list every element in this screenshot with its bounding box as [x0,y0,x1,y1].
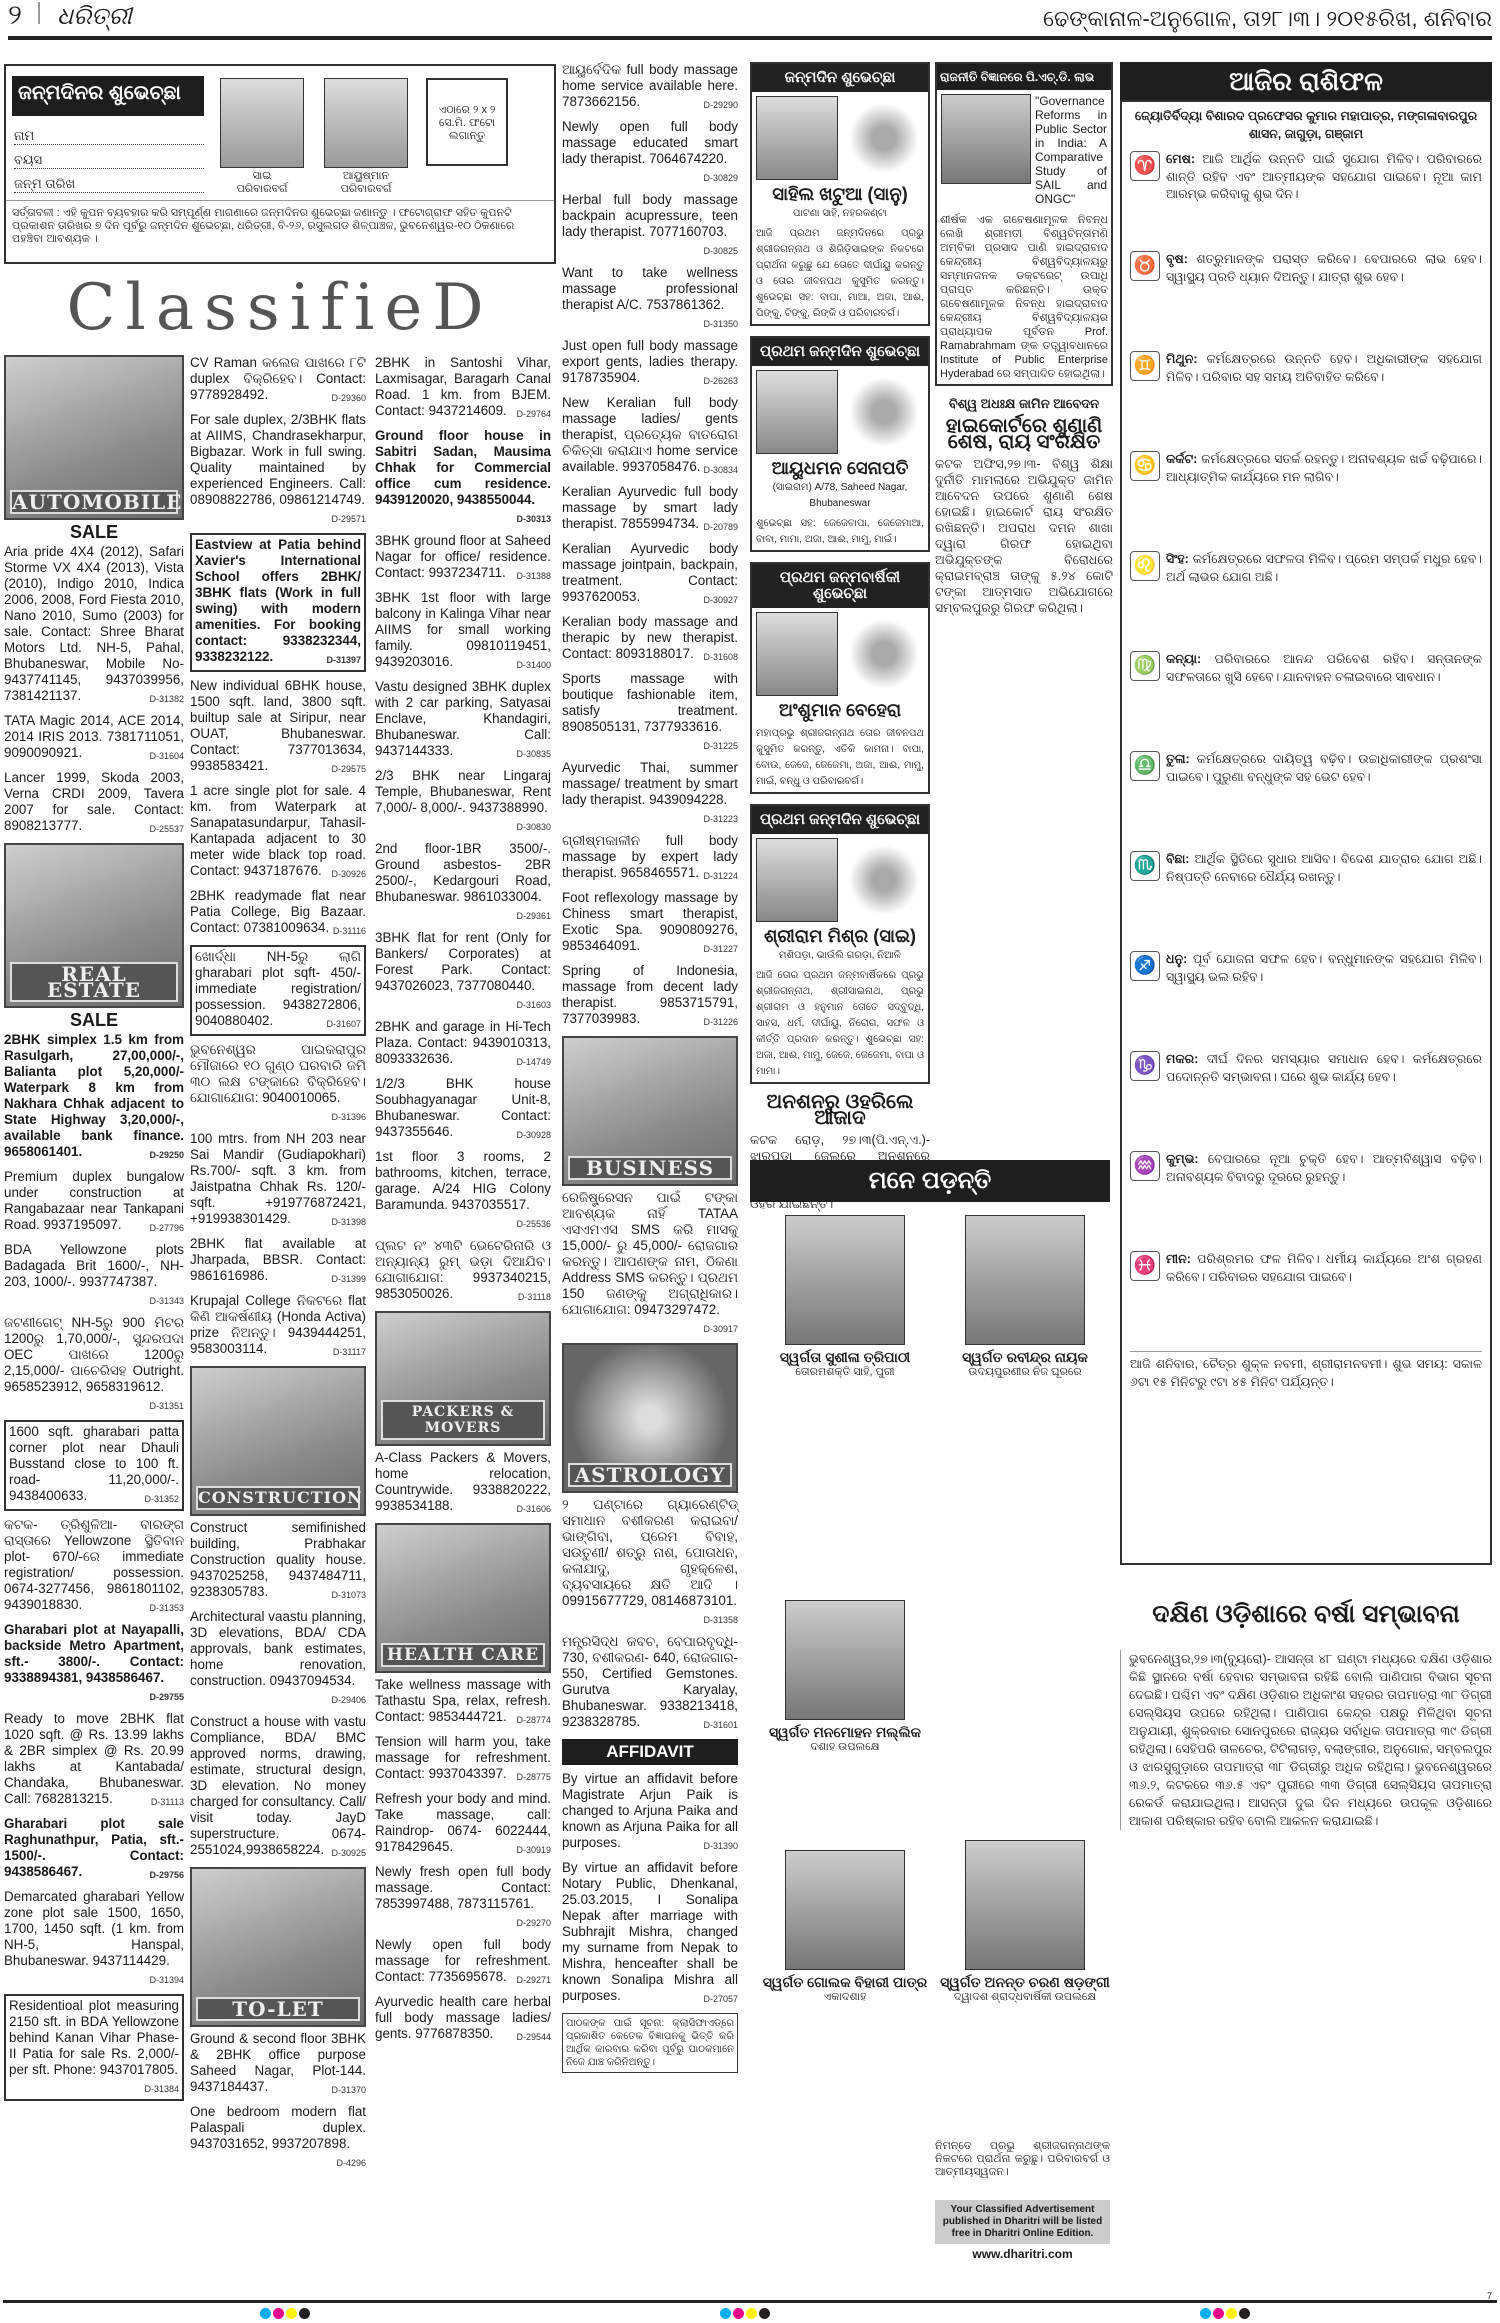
ad-code: D-30835 [516,746,551,762]
classified-ad: Keralian Ayurvedic body massage jointpai… [562,541,738,608]
ad-text: By virtue an affidavit before Notary Pub… [562,1860,738,2003]
phd-announcement: ରାଜନୀତି ବିଜ୍ଞାନରେ ପି.ଏଚ୍.ଡି. ଲାଭ "Govern… [935,62,1113,386]
zodiac-name: ସିଂହ: [1166,552,1189,566]
classified-ad: Just open full body massage export gents… [562,338,738,389]
ad-text: 2BHK simplex 1.5 km from Rasulgarh, 27,0… [4,1032,184,1159]
ad-code: D-29290 [703,97,738,113]
ad-code: D-31343 [149,1293,184,1309]
ad-code: D-29756 [149,1867,184,1883]
child-address: ପାଟଣା ସାହି, ନହରକଣ୍ଟା [752,204,928,224]
classified-ad: Lancer 1999, Skoda 2003, Verna CRDI 2009… [4,770,184,837]
classified-ad: Architectural vaastu planning, 3D elevat… [190,1609,366,1708]
divider [38,2,40,24]
ad-text: Architectural vaastu planning, 3D elevat… [190,1609,366,1688]
ad-text: ରେଜିଷ୍ଟ୍ରେସନ ପାଇଁ ଟଙ୍କା ଆବଶ୍ୟକ ନାହିଁ TAT… [562,1190,738,1317]
classified-ad: ମନ୍ତ୍ରସିଦ୍ଧ କବଚ, ବେପାରବୃଦ୍ଧି- 730, ବଶୀକର… [562,1634,738,1733]
ad-code: D-29270 [516,1915,551,1931]
ad-code: D-30829 [703,170,738,186]
classified-banner: ClassifieD [4,268,556,348]
classified-ad: New Keralian full body massage ladies/ g… [562,395,738,478]
zodiac-icon: ♈ [1130,151,1160,181]
real-estate-label: REAL ESTATE [10,962,178,1002]
ad-code: D-31223 [703,811,738,827]
column-automobile-realestate: AUTOMOBILE SALE Aria pride 4X4 (2012), S… [4,355,184,2107]
zodiac-entry: ♏ବିଛା: ଆର୍ଥିକ ସ୍ଥିତିରେ ସୁଧାର ଆସିବ। ବିଦେଶ… [1130,851,1482,947]
classified-ad: ପ୍ଲଟ ନଂ ୪୩ଟି ଭେଟେରିନାରି ଓ ଅନ୍ୟାନ୍ୟ ରୁମ୍ … [375,1238,551,1305]
obituary-header: ମନେ ପଡ଼ନ୍ତି [750,1160,1110,1202]
classified-ad: 1st floor 3 rooms, 2 bathrooms, kitchen,… [375,1149,551,1232]
ad-text: ଜଟଣୀଗେଟ୍ NH-5ରୁ 900 ମିଟର 1200ରୁ 1,70,000… [4,1315,184,1394]
ad-text: Newly fresh open full body massage. Cont… [375,1864,551,1911]
ad-code: D-31398 [331,1214,366,1230]
online-listing-promo[interactable]: Your Classified Advertisement published … [935,2200,1110,2261]
ad-text: Gharabari plot at Nayapalli, backside Me… [4,1622,184,1685]
flowers-decoration [844,96,924,180]
ad-code: D-25536 [516,1216,551,1232]
horoscope-byline: ଜ୍ୟୋତିର୍ବିଦ୍ୟା ବିଶାରଦ ପ୍ରଫେସର କୁମାର ମହାପ… [1130,108,1482,143]
zodiac-entry: ♐ଧନୁ: ପୂର୍ବ ଯୋଜନା ସଫଳ ହେବ। ବନ୍ଧୁମାନଙ୍କ ସ… [1130,951,1482,1047]
birthday-greeting: ପ୍ରଥମ ଜନ୍ମବାର୍ଷିକୀ ଶୁଭେଚ୍ଛାଅଂଶୁମାନ ବେହେର… [750,562,930,794]
packers-movers-image: PACKERS & MOVERS [375,1311,551,1446]
ad-code: D-31399 [331,1271,366,1287]
ad-text: 100 mtrs. from NH 203 near Sai Mandir (G… [190,1131,366,1226]
coupon-dob-field[interactable]: ଜନ୍ମ ତାରିଖ [14,176,204,193]
classified-ad: Foot reflexology massage by Chiness smar… [562,890,738,957]
flowers-decoration [844,612,924,696]
ad-code: D-31117 [333,1344,366,1360]
birthday-coupon: ଜନ୍ମଦିନର ଶୁଭେଚ୍ଛା ନାମ ବୟସ ଜନ୍ମ ତାରିଖ ସାଇ… [4,64,556,264]
coupon-age-field[interactable]: ବୟସ [14,152,204,169]
classified-ad: 2BHK and garage in Hi-Tech Plaza. Contac… [375,1019,551,1070]
automobile-label: AUTOMOBILE [10,490,178,514]
zodiac-name: କୁମ୍ଭ: [1166,1152,1199,1166]
sample-caption-1: ସାଇପରିବାରବର୍ଗ [212,170,312,196]
coupon-terms: ସର୍ତ୍ତାବଳୀ : ଏହି କୁପନ ବ୍ୟବହାର କରି ସମ୍ପୂର… [6,200,554,252]
deceased-name: ସ୍ୱର୍ଗତା ସୁଶୀଳା ତ୍ରିପାଠୀ [760,1349,930,1366]
ad-code: D-31224 [703,868,738,884]
ad-code: D-31604 [149,748,184,764]
deceased-name: ସ୍ୱର୍ଗତ ଗୋଲକ ବିହାରୀ ପାତ୍ର [760,1974,930,1991]
classified-ad: 3BHK 1st floor with large balcony in Kal… [375,590,551,673]
birthday-greeting: ପ୍ରଥମ ଜନ୍ମଦିନ ଶୁଭେଚ୍ଛାଆୟୁଧମନ ସେନାପତି(ସାଇ… [750,336,930,552]
child-address: (ସାଇରାମ) A/78, Saheed Nagar, Bhubaneswar [752,478,928,514]
business-image: BUSINESS [562,1036,738,1186]
ad-code: D-31388 [516,568,551,584]
classified-ad: BDA Yellowzone plots Badagada Brit 1600/… [4,1242,184,1309]
classified-ad: ଗ୍ରୀଷ୍ମକାଳୀନ full body massage by expert… [562,833,738,884]
ad-code: D-31396 [331,1109,366,1125]
masthead-left: ୨ ଧରିତ୍ରୀ [8,0,132,32]
ad-text: Construct a house with vastu Compliance,… [190,1714,366,1857]
ad-code: D-31118 [518,1289,551,1305]
classified-ad: Eastview at Patia behind Xavier's Intern… [190,533,366,672]
ad-code: D-31601 [703,1717,738,1733]
reader-notice: ପାଠକଙ୍କ ପାଇଁ ସୂଚନା: କ୍ଲାସିଫାଏଡ୍ରେ ପ୍ରକାଶ… [562,2013,738,2073]
ad-code: D-30825 [703,243,738,259]
ad-code: D-29360 [331,390,366,406]
ad-text: Ground floor house in Sabitri Sadan, Mau… [375,428,551,507]
zodiac-entry: ♓ମୀନ: ପରିଶ୍ରମର ଫଳ ମିଳିବ। ଧର୍ମୀୟ କାର୍ଯ୍ୟର… [1130,1251,1482,1347]
classified-ad: Newly open full body massage for refresh… [375,1937,551,1988]
ad-code: D-28774 [516,1712,551,1728]
column-birthdays: ଜନ୍ମଦିନ ଶୁଭେଚ୍ଛାସାହିଲ ଖଟୁଆ (ସାନୁ)ପାଟଣା ସ… [750,62,930,1212]
ad-code: D-31225 [703,738,738,754]
zodiac-name: ମେଷ: [1166,152,1195,166]
ad-code: D-31394 [149,1972,184,1988]
horoscope-header: ଆଜିର ରାଶିଫଳ [1120,62,1492,100]
classified-ad: ଆୟୁର୍ବେଦିକ full body massage home servic… [562,62,738,113]
zodiac-name: ଧନୁ: [1166,952,1187,966]
classified-ad: TATA Magic 2014, ACE 2014, 2014 IRIS 201… [4,713,184,764]
business-label: BUSINESS [568,1156,732,1180]
column-rent-health: 2BHK in Santoshi Vihar, Laxmisagar, Bara… [375,355,551,2051]
classified-ad: ରେଜିଷ୍ଟ୍ରେସନ ପାଇଁ ଟଙ୍କା ଆବଶ୍ୟକ ନାହିଁ TAT… [562,1190,738,1337]
ad-text: Newly open full body massage educated sm… [562,119,738,166]
ad-text: ମନ୍ତ୍ରସିଦ୍ଧ କବଚ, ବେପାରବୃଦ୍ଧି- 730, ବଶୀକର… [562,1634,738,1729]
ad-code: D-29755 [149,1689,184,1705]
classified-ad: 3BHK flat for rent (Only for Bankers/ Co… [375,930,551,1013]
zodiac-name: ବିଛା: [1166,852,1189,866]
child-name: ଆୟୁଧମନ ସେନାପତି [752,458,928,478]
classified-ad: Tension will harm you, take massage for … [375,1734,551,1785]
phd-title: ରାଜନୀତି ବିଜ୍ଞାନରେ ପି.ଏଚ୍.ଡି. ଲାଭ [937,64,1111,90]
ad-text: Herbal full body massage backpain acupre… [562,192,738,239]
ad-text: 3BHK flat for rent (Only for Bankers/ Co… [375,930,551,993]
sample-photo-2 [324,78,408,168]
zodiac-prediction: ବେପାରରେ ନୂଆ ଚୁକ୍ତି ହେବ। ଆତ୍ମବିଶ୍ୱାସ ବଢ଼ି… [1166,1152,1482,1184]
classified-ad: Ayurvedic health care herbal full body m… [375,1994,551,2045]
classified-ad: 1 acre single plot for sale. 4 km. from … [190,783,366,882]
zodiac-icon: ♌ [1130,551,1160,581]
classified-ad: For sale duplex, 2/3BHK flats at AIIMS, … [190,412,366,527]
classified-ad: ଭୁବନେଶ୍ୱର ପାଇକରାପୁର ମୌଜାରେ ୧୦ ଗୁଣ୍ଠ ଘରବା… [190,1042,366,1125]
zodiac-prediction: ଦୀର୍ଘ ଦିନର ସମସ୍ୟାର ସମାଧାନ ହେବ। କର୍ମକ୍ଷେତ… [1166,1052,1482,1084]
zodiac-prediction: ଶତ୍ରୁମାନଙ୍କ ପରାସ୍ତ କରିବେ। ବେପାରରେ ଲାଭ ହେ… [1166,252,1482,284]
classified-ad: Demarcated gharabari Yellow zone plot sa… [4,1889,184,1988]
ad-code: D-30927 [703,592,738,608]
registration-marks [1200,2308,1250,2319]
greeting-message: ଆଜି ତୋର ପ୍ରଥମ ଜନ୍ମବାର୍ଷିକରେ ପ୍ରଭୁ ଶ୍ରୀଜଗ… [752,966,928,1082]
sample-photo-1 [220,78,304,168]
obituary-entry: ସ୍ୱର୍ଗତ ଅନନ୍ତ ଚରଣ ଷଡ଼ଙ୍ଗୀଦ୍ୱାଦଶ ଶ୍ରାଦ୍ଧବ… [940,1840,1110,2004]
flowers-decoration [844,370,924,454]
classified-ad: Krupajal College ନିକଟରେ flat କିଣି ଆକର୍ଷଣ… [190,1293,366,1360]
portrait-photo [965,1840,1085,1970]
horoscope-panel: ଜ୍ୟୋତିର୍ବିଦ୍ୟା ବିଶାରଦ ପ୍ରଫେସର କୁମାର ମହାପ… [1120,100,1492,1565]
ad-code: D-31352 [144,1491,179,1507]
classified-ad: CV Raman କଲେଜ ପାଖରେ ୮ଟି duplex ବିକ୍ରିହେବ… [190,355,366,406]
flowers-decoration [844,838,924,922]
zodiac-name: ମୀନ: [1166,1252,1191,1266]
registration-marks [720,2308,770,2319]
greeting-title: ଜନ୍ମଦିନ ଶୁଭେଚ୍ଛା [752,64,928,92]
classified-ad: Residentioal plot measuring 2150 sft. in… [4,1994,184,2101]
classified-ad: Ground floor house in Sabitri Sadan, Mau… [375,428,551,527]
news-body-highcourt: କଟକ ଅଫିସ,୨୭।୩- ବିଶ୍ୱ ଶିକ୍ଷା ଦୁର୍ନୀତି ମାମ… [935,456,1113,616]
zodiac-icon: ♊ [1130,351,1160,381]
ad-text: କଟକ- ତ୍ରିଶୁଳିଆ- ବାରଙ୍ଗ ରାସ୍ତାରେ Yellowzo… [4,1517,184,1612]
ad-code: D-31382 [149,691,184,707]
zodiac-name: କର୍କଟ: [1166,452,1197,466]
zodiac-icon: ♎ [1130,751,1160,781]
ad-code: D-31370 [331,2082,366,2098]
zodiac-icon: ♍ [1130,651,1160,681]
ad-code: D-27057 [703,1991,738,2007]
ad-text: One bedroom modern flat Palaspali duplex… [190,2104,366,2151]
ad-code: D-31608 [703,649,738,665]
ad-text: ୨ ଘଣ୍ଟାରେ ଗ୍ୟାରେଣ୍ଟିଡ୍ ସମାଧାନ ବଶୀକରଣ କରା… [562,1497,738,1608]
photo-placeholder-box: ଏଠାରେ ୨ x ୨ ସେ.ମି. ଫଟୋ ଲଗାନ୍ତୁ [426,78,508,166]
ad-code: D-31227 [703,941,738,957]
portrait-photo [785,1600,905,1720]
classified-ad: Aria pride 4X4 (2012), Safari Storme VX … [4,544,184,707]
classified-ad: By virtue an affidavit before Magistrate… [562,1771,738,1854]
ad-text: ଭୁବନେଶ୍ୱର ପାଇକରାପୁର ମୌଜାରେ ୧୦ ଗୁଣ୍ଠ ଘରବା… [190,1042,366,1105]
ad-code: D-31606 [516,1501,551,1517]
ad-code: D-31353 [149,1600,184,1616]
zodiac-entry: ♈ମେଷ: ଆଜି ଆର୍ଥିକ ଉନ୍ନତି ପାଇଁ ସୁଯୋଗ ମିଳିବ… [1130,151,1482,247]
classified-ad: Construct semifinished building, Prabhak… [190,1520,366,1603]
ad-code: D-30313 [516,511,551,527]
sample-caption-2: ଆୟୁଷ୍ମାନପରିବାରବର୍ଗ [316,170,416,196]
classified-ad: Newly open full body massage educated sm… [562,119,738,186]
ad-text: Eastview at Patia behind Xavier's Intern… [195,537,361,664]
classified-ad: Keralian Ayurvedic full body massage by … [562,484,738,535]
greeting-message: ଆଜି ପ୍ରଥମ ଜନ୍ମଦିନରେ ପ୍ରଭୁ ଶ୍ରୀଜଗନ୍ନାଥ ଓ … [752,224,928,324]
edition-date: ଢେଙ୍କାନାଳ-ଅନୁଗୋଳ, ତା୨୮।୩। ୨୦୧୫ରିଖ, ଶନିବା… [1043,6,1492,32]
classified-ad: Vastu designed 3BHK duplex with 2 car pa… [375,679,551,762]
zodiac-icon: ♐ [1130,951,1160,981]
zodiac-prediction: କର୍ମକ୍ଷେତ୍ରରେ ସତର୍କ ରହନ୍ତୁ। ଅନାବଶ୍ୟକ ଖର୍… [1166,452,1482,484]
ad-text: BDA Yellowzone plots Badagada Brit 1600/… [4,1242,184,1289]
ad-code: D-30917 [703,1321,738,1337]
deceased-name: ସ୍ୱର୍ଗତ ମନମୋହନ ମଲ୍ଲିକ [760,1724,930,1741]
zodiac-name: ମିଥୁନ: [1166,352,1197,366]
page-mark: 7 [1487,2291,1492,2301]
zodiac-entry: ♌ସିଂହ: କର୍ମକ୍ଷେତ୍ରରେ ସଫଳତା ମିଳିବ। ପ୍ରେମ … [1130,551,1482,647]
ad-code: D-26263 [703,373,738,389]
ad-code: D-4296 [336,2155,366,2171]
ad-text: Ayurvedic Thai, summer massage/ treatmen… [562,760,738,807]
classified-ad: 2BHK simplex 1.5 km from Rasulgarh, 27,0… [4,1032,184,1163]
phd-thesis: "Governance Reforms in Public Sector in … [1035,94,1107,206]
ad-text: Sports massage with boutique fashionable… [562,671,738,734]
portrait-photo [965,1215,1085,1345]
zodiac-name: ମକର: [1166,1052,1198,1066]
classified-ad: New individual 6BHK house, 1500 sqft. la… [190,678,366,777]
classified-ad: Ready to move 2BHK flat 1020 sqft. @ Rs.… [4,1711,184,1810]
construction-image: CONSTRUCTION [190,1366,366,1516]
obituary-detail: ଦଶାହ ଉପଲକ୍ଷେ [760,1741,930,1754]
ad-code: D-20789 [703,519,738,535]
child-photo [756,838,838,922]
classified-ad: Herbal full body massage backpain acupre… [562,192,738,259]
ad-text: For sale duplex, 2/3BHK flats at AIIMS, … [190,412,366,507]
classified-ad: Newly fresh open full body massage. Cont… [375,1864,551,1931]
classified-ad: Spring of Indonesia, massage from decent… [562,963,738,1030]
zodiac-entry: ♒କୁମ୍ଭ: ବେପାରରେ ନୂଆ ଚୁକ୍ତି ହେବ। ଆତ୍ମବିଶ୍… [1130,1151,1482,1247]
ad-code: D-31390 [703,1838,738,1854]
affidavit-heading: AFFIDAVIT [562,1739,738,1765]
news-headline-azad: ଅନଶନରୁ ଓହରିଲେ ଆଜାଦ [750,1094,930,1126]
ad-text: Aria pride 4X4 (2012), Safari Storme VX … [4,544,184,703]
child-name: ଅଂଶୁମାନ ବେହେରା [752,700,928,720]
obituary-detail: ଏକାଦଶାହ [760,1991,930,2004]
rain-headline: ଦକ୍ଷିଣ ଓଡ଼ିଶାରେ ବର୍ଷା ସମ୍ଭାବନା [1120,1600,1492,1629]
ad-text: New individual 6BHK house, 1500 sqft. la… [190,678,366,773]
ad-code: D-29406 [331,1692,366,1708]
ad-code: D-25537 [149,821,184,837]
health-care-image: HEALTH CARE [375,1523,551,1673]
ad-code: D-31607 [326,1016,361,1032]
ad-text: Residentioal plot measuring 2150 sft. in… [9,1998,179,2077]
zodiac-prediction: ପୂର୍ବ ଯୋଜନା ସଫଳ ହେବ। ବନ୍ଧୁମାନଙ୍କ ସହଯୋଗ ମ… [1166,952,1482,984]
news-section-label: ବିଶ୍ୱ ଅଧଃକ୍ଷ ଜାମିନ ଆବେଦନ [935,396,1113,412]
greeting-title: ପ୍ରଥମ ଜନ୍ମଦିନ ଶୁଭେଚ୍ଛା [752,338,928,366]
ad-code: D-27796 [149,1220,184,1236]
child-name: ଶ୍ରୀରାମ ମିଶ୍ର (ସାଇ) [752,926,928,946]
obituary-entry: ସ୍ୱର୍ଗତ ଗୋଲକ ବିହାରୀ ପାତ୍ରଏକାଦଶାହ [760,1850,930,2004]
page-number: ୨ [8,0,22,31]
website-link[interactable]: www.dharitri.com [935,2247,1110,2261]
ad-code: D-30928 [516,1127,551,1143]
classified-ad: ଜଟଣୀଗେଟ୍ NH-5ରୁ 900 ମିଟର 1200ରୁ 1,70,000… [4,1315,184,1414]
astrology-label: ASTROLOGY [568,1463,732,1487]
zodiac-icon: ♓ [1130,1251,1160,1281]
classified-ad: By virtue an affidavit before Notary Pub… [562,1860,738,2007]
ad-code: D-31073 [331,1587,366,1603]
greeting-title: ପ୍ରଥମ ଜନ୍ମଦିନ ଶୁଭେଚ୍ଛା [752,806,928,834]
ad-code: D-28775 [516,1769,551,1785]
sale-heading: SALE [4,524,184,540]
zodiac-icon: ♋ [1130,451,1160,481]
news-headline-highcourt: ହାଇକୋର୍ଟରେ ଶୁଣାଣି ଶେଷ, ରାୟ ସଂରକ୍ଷିତ [935,418,1113,450]
greeting-message: ଶୁଭେଚ୍ଛା ସହ: ଜେଜେବାପା, ଜେଜେମାଆ, ବାବା, ମା… [752,514,928,550]
zodiac-name: ତୁଳା: [1166,752,1190,766]
obituary-detail: ଦ୍ୱାଦଶ ଶ୍ରାଦ୍ଧବାର୍ଷିକୀ ଉପଲକ୍ଷେ [940,1991,1110,2004]
ad-code: D-31113 [151,1794,184,1810]
column-phd-news: ରାଜନୀତି ବିଜ୍ଞାନରେ ପି.ଏଚ୍.ଡି. ଲାଭ "Govern… [935,62,1113,616]
ad-code: D-31116 [333,923,366,939]
classified-ad: Gharabari plot at Nayapalli, backside Me… [4,1622,184,1705]
classified-ad: Construct a house with vastu Compliance,… [190,1714,366,1861]
real-estate-image: REAL ESTATE [4,843,184,1008]
classified-ad: 3BHK ground floor at Saheed Nagar for of… [375,533,551,584]
zodiac-entry: ♎ତୁଳା: କର୍ମକ୍ଷେତ୍ରରେ ଦାୟିତ୍ୱ ବଢ଼ିବ। ଉଚ୍ଚ… [1130,751,1482,847]
classified-ad: Take wellness massage with Tathastu Spa,… [375,1677,551,1728]
ad-code: D-29361 [516,908,551,924]
column-property: CV Raman କଲେଜ ପାଖରେ ୮ଟି duplex ବିକ୍ରିହେବ… [190,355,366,2177]
classified-ad: Gharabari plot sale Raghunathpur, Patia,… [4,1816,184,1883]
greeting-title: ପ୍ରଥମ ଜନ୍ମବାର୍ଷିକୀ ଶୁଭେଚ୍ଛା [752,564,928,608]
zodiac-entry: ♍କନ୍ୟା: ପରିବାରରେ ଆନନ୍ଦ ପରିବେଶ ରହିବ। ସନ୍ତ… [1130,651,1482,747]
zodiac-prediction: କର୍ମକ୍ଷେତ୍ରରେ ସଫଳତା ମିଳିବ। ପ୍ରେମ ସମ୍ପର୍କ… [1166,552,1482,584]
zodiac-icon: ♉ [1130,251,1160,281]
obituary-entry: ସ୍ୱର୍ଗତ ମନମୋହନ ମଲ୍ଲିକଦଶାହ ଉପଲକ୍ଷେ [760,1600,930,1754]
classified-ad: Keralian body massage and therapic by ne… [562,614,738,665]
ad-code: D-31226 [703,1014,738,1030]
coupon-name-field[interactable]: ନାମ [14,128,204,145]
classified-ad: Refresh your body and mind. Take massage… [375,1791,551,1858]
ad-text: 1 acre single plot for sale. 4 km. from … [190,783,366,878]
ad-code: D-31350 [703,316,738,332]
classified-ad: 1/2/3 BHK house Soubhagyanagar Unit-8, B… [375,1076,551,1143]
classified-ad: ଖୋର୍ଦ୍ଧା NH-5ରୁ ଲାଗି gharabari plot sqft… [190,945,366,1036]
ad-code: D-29571 [331,511,366,527]
ad-text: Ready to move 2BHK flat 1020 sqft. @ Rs.… [4,1711,184,1806]
classified-ad: A-Class Packers & Movers, home relocatio… [375,1450,551,1517]
ad-text: Demarcated gharabari Yellow zone plot sa… [4,1889,184,1968]
zodiac-entry: ♊ମିଥୁନ: କର୍ମକ୍ଷେତ୍ରରେ ଉନ୍ନତି ହେବ। ଅଧିକାର… [1130,351,1482,447]
astrology-image: ASTROLOGY [562,1343,738,1493]
ad-code: D-30925 [331,1845,366,1861]
portrait-photo [785,1215,905,1345]
to-let-label: TO-LET [196,1997,360,2021]
registration-marks [260,2308,310,2319]
ad-code: D-29271 [516,1972,551,1988]
classified-ad: Ayurvedic Thai, summer massage/ treatmen… [562,760,738,827]
ad-text: 2/3 BHK near Lingaraj Temple, Bhubaneswa… [375,768,551,815]
packers-label: PACKERS & MOVERS [381,1400,545,1440]
birthday-greeting: ପ୍ରଥମ ଜନ୍ମଦିନ ଶୁଭେଚ୍ଛାଶ୍ରୀରାମ ମିଶ୍ର (ସାଇ… [750,804,930,1084]
greeting-message: ମହାପ୍ରଭୁ ଶ୍ରୀଜଗନ୍ନାଥ ତୋର ଜୀବନପଥ କୁସୁମିତ … [752,724,928,792]
classified-ad: 2BHK flat available at Jharpada, BBSR. C… [190,1236,366,1287]
ad-code: D-31384 [144,2081,179,2097]
child-address: ମଶିପଡ଼ା, ଭାଉଁଲି ଗରଡ଼ା, ନିଆଳି [752,946,928,966]
zodiac-icon: ♒ [1130,1151,1160,1181]
child-photo [756,96,838,180]
automobile-image: AUTOMOBILE [4,355,184,520]
classified-ad: 2BHK in Santoshi Vihar, Laxmisagar, Bara… [375,355,551,422]
ad-code: D-29250 [149,1147,184,1163]
classified-ad: 2BHK readymade flat near Patia College, … [190,888,366,939]
classified-ad: ୨ ଘଣ୍ଟାରେ ଗ୍ୟାରେଣ୍ଟିଡ୍ ସମାଧାନ ବଶୀକରଣ କରା… [562,1497,738,1628]
obituary-detail: ଉଦୟପୁରଣୀର ନିଜ ଘୂରରେ [940,1366,1110,1379]
rain-body: ଭୁବନେଶ୍ୱର,୨୭।୩(ବ୍ୟୁରୋ)- ଆସନ୍ତା ୪୮ ଘଣ୍ଟା … [1120,1650,1492,1830]
classified-ad: Want to take wellness massage profession… [562,265,738,332]
child-photo [756,612,838,696]
classified-ad: Sports massage with boutique fashionable… [562,671,738,754]
classified-ad: Ground & second floor 3BHK & 2BHK office… [190,2031,366,2098]
phd-body: ଶୀର୍ଷକ ଏକ ଗବେଷଣାମୂଳକ ନିବନ୍ଧ ଲେଖି ଶ୍ରୀମତୀ… [937,210,1111,384]
classified-ad: 2nd floor-1BR 3500/-. Ground asbestos- 2… [375,841,551,924]
deceased-name: ସ୍ୱର୍ଗତ ରବୀନ୍ଦ୍ର ନାୟକ [940,1349,1110,1366]
column-massage-business: ଆୟୁର୍ବେଦିକ full body massage home servic… [562,62,738,2073]
zodiac-entry: ♑ମକର: ଦୀର୍ଘ ଦିନର ସମସ୍ୟାର ସମାଧାନ ହେବ। କର୍… [1130,1051,1482,1147]
health-care-label: HEALTH CARE [381,1643,545,1667]
classified-ad: 100 mtrs. from NH 203 near Sai Mandir (G… [190,1131,366,1230]
ad-code: D-31400 [516,657,551,673]
zodiac-entry: ♉ବୃଷ: ଶତ୍ରୁମାନଙ୍କ ପରାସ୍ତ କରିବେ। ବେପାରରେ … [1130,251,1482,347]
phd-photo [941,94,1031,184]
zodiac-icon: ♑ [1130,1051,1160,1081]
ad-code: D-14749 [516,1054,551,1070]
child-photo [756,370,838,454]
zodiac-name: କନ୍ୟା: [1166,652,1201,666]
ad-code: D-30830 [516,819,551,835]
paper-name: ଧରିତ୍ରୀ [57,3,132,30]
zodiac-prediction: ଆଜି ଆର୍ଥିକ ଉନ୍ନତି ପାଇଁ ସୁଯୋଗ ମିଳିବ। ପରିବ… [1166,152,1482,201]
obituary-prayer: ନିମନ୍ତେ ପ୍ରଭୁ ଶ୍ରୀଜଗନ୍ନାଥଙ୍କ ନିକଟରେ ପ୍ରା… [935,2140,1110,2179]
ad-text: 2nd floor-1BR 3500/-. Ground asbestos- 2… [375,841,551,904]
zodiac-name: ବୃଷ: [1166,252,1188,266]
birthday-greeting: ଜନ୍ମଦିନ ଶୁଭେଚ୍ଛାସାହିଲ ଖଟୁଆ (ସାନୁ)ପାଟଣା ସ… [750,62,930,326]
classified-ad: 2/3 BHK near Lingaraj Temple, Bhubaneswa… [375,768,551,835]
ad-code: D-30834 [703,462,738,478]
ad-code: D-29544 [516,2029,551,2045]
page-bottom-rule [3,2300,1497,2303]
classified-ad: କଟକ- ତ୍ରିଶୁଳିଆ- ବାରଙ୍ଗ ରାସ୍ତାରେ Yellowzo… [4,1517,184,1616]
